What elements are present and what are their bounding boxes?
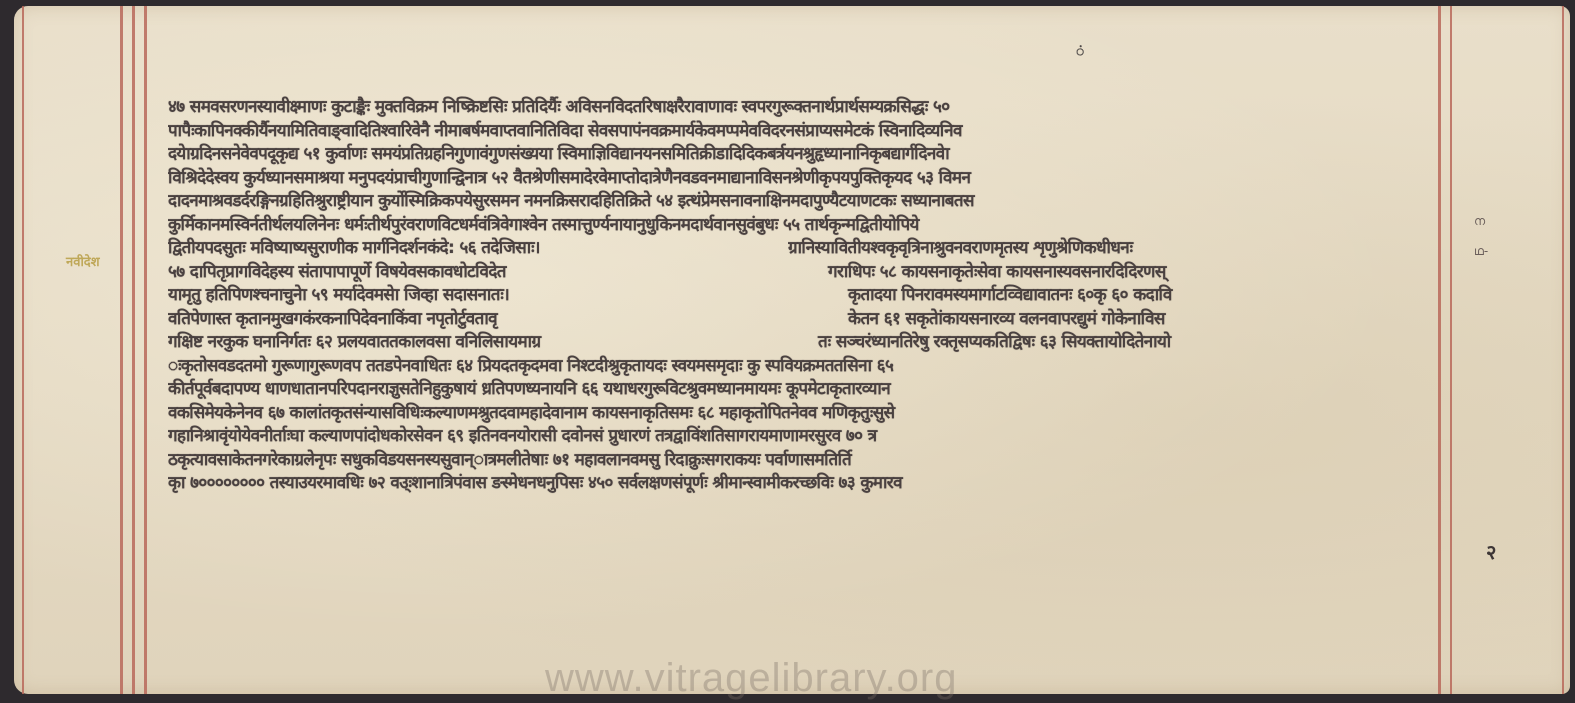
text-line: ४७ समवसरणनस्यावीक्ष्माणः कुटाङ्कैः मुक्त… <box>168 96 1430 120</box>
text-line-split: गक्षिष्ट नरकुक घनानिर्गतः ६२ प्रलयवाततका… <box>168 331 1430 355</box>
text-line: कुर्मिकानमस्विर्नतीर्थलयलिनेनः धर्मःतीर्… <box>168 214 1430 238</box>
text-line: पापैःकापिनक्कीर्यैनयामितिवाङ्वादितिश्वार… <box>168 120 1430 144</box>
manuscript-text-block: ४७ समवसरणनस्यावीक्ष्माणः कुटाङ्कैः मुक्त… <box>168 96 1430 496</box>
folio-number: २ <box>1486 538 1496 565</box>
right-mark-2: ഥ- <box>1474 236 1488 266</box>
text-line: ठकृत्यावसाकेतनगरेकाग्रलेनृपः सधुकविडयसनस… <box>168 449 1430 473</box>
watermark-text: www.vitragelibrary.org <box>545 656 958 701</box>
text-line: ःकृतोसवडदतमो गुरूणागुरूणवप ततडपेनवाधितः … <box>168 355 1430 379</box>
text-line: दादनमाश्रवडर्दरङ्गिनग्रहितिश्रुराष्ट्रीय… <box>168 190 1430 214</box>
text-line-right: तः सञ्चरंध्यानतिरेषु रक्तृसप्यकतिद्विषः … <box>788 331 1430 355</box>
right-mark-1: ന <box>1474 206 1488 236</box>
text-line-left: यामृतु हतिपिणश्चनाचुनेा ५९ मर्यादेवमसेा … <box>168 284 788 308</box>
text-line-left: गक्षिष्ट नरकुक घनानिर्गतः ६२ प्रलयवाततका… <box>168 331 788 355</box>
text-line: वकसिमेयकेनेनव ६७ कालांतकृतसंन्यासविधिःकल… <box>168 402 1430 426</box>
text-line: कृा ७०००००००० तस्याउयरमावधिः ७२ वउ्ःशाना… <box>168 472 1430 496</box>
text-line: कीर्तपूर्वबदापण्य धाणधातानपरिपदानराज्ञुस… <box>168 378 1430 402</box>
text-line-right: ग्रानिस्यावितीयश्वकृवृत्रिनाश्रुवनवराणमृ… <box>788 237 1430 261</box>
text-line-right: गराधिपः ५८ कायसनाकृतेःसेवा कायसनास्यवसना… <box>788 261 1430 285</box>
top-center-mark: ं <box>1076 42 1084 61</box>
left-margin-rule-3 <box>144 6 147 694</box>
text-line-right: केतन ६१ सकृतेांकायसनारव्य वलनवापरद्युमं … <box>788 308 1430 332</box>
text-line: गहानिश्रावृंयोयेवनीर्ताःघा कल्याणपांदोधक… <box>168 425 1430 449</box>
text-line-split: ५७ दापितृप्रागविदेहस्य संतापापापूर्णे वि… <box>168 261 1430 285</box>
text-line-right: कृतादया पिनरावमस्यमार्गाटव्विद्यावातनः ६… <box>788 284 1430 308</box>
text-line-left: द्वितीयपदसुतः मविष्याष्यसुराणीक मार्गनिद… <box>168 237 788 261</box>
left-margin-rule-1 <box>120 6 123 694</box>
text-line-split: यामृतु हतिपिणश्चनाचुनेा ५९ मर्यादेवमसेा … <box>168 284 1430 308</box>
right-margin-rule-1 <box>1438 6 1441 694</box>
left-margin-note: नवीदेश <box>66 252 100 270</box>
text-line: दयेाग्रदिनसनेवेवपदूकृद्य ५१ कुर्वाणः समय… <box>168 143 1430 167</box>
text-line: विश्रिदेदेस्वय कुर्यध्यानसमाश्रया मनुपदय… <box>168 167 1430 191</box>
text-line-split: वतिपेणास्त कृतानमुखगकंरकनापिदेवनाकिंवा न… <box>168 308 1430 332</box>
right-margin-marks: ന ഥ- <box>1474 206 1488 266</box>
left-margin-rule-2 <box>132 6 135 694</box>
text-line-split: द्वितीयपदसुतः मविष्याष्यसुराणीक मार्गनिद… <box>168 237 1430 261</box>
left-edge-rule <box>22 6 24 694</box>
right-margin-rule-2 <box>1450 6 1452 694</box>
text-line-left: वतिपेणास्त कृतानमुखगकंरकनापिदेवनाकिंवा न… <box>168 308 788 332</box>
text-line-left: ५७ दापितृप्रागविदेहस्य संतापापापूर्णे वि… <box>168 261 788 285</box>
right-edge-rule <box>1562 6 1564 694</box>
